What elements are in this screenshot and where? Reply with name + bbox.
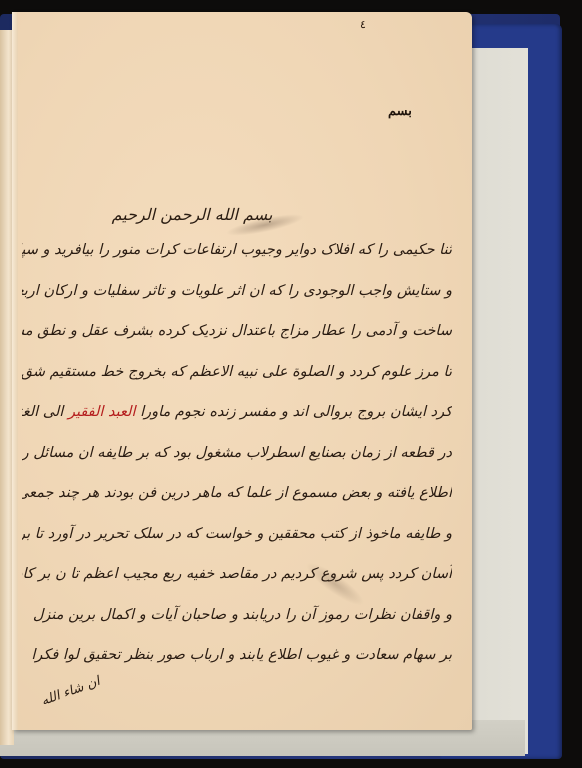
catchword: بسم — [388, 104, 412, 119]
text-line: آسان کردد پس شروع کردیم در مقاصد خفیه رب… — [22, 554, 452, 595]
text-line: بر سهام سعادت و غیوب اطلاع یابند و ارباب… — [22, 635, 452, 676]
manuscript-text-block: بسم الله الرحمن الرحيم ثنا حکیمی را که ا… — [22, 205, 452, 676]
folio-mark: ٤ — [360, 18, 366, 31]
text-line: اطلاع یافته و بعض مسموع از علما که ماهر … — [22, 473, 452, 514]
text-line: ثنا حکیمی را که افلاک دوایر وجیوب ارتفاع… — [22, 230, 452, 271]
page-gutter-fold — [12, 12, 18, 730]
text-line-segment: کرد ایشان بروج بروالی اند و مفسر زنده نج… — [140, 404, 452, 420]
basmala-heading: بسم الله الرحمن الرحيم — [82, 205, 302, 224]
rubricated-name: العبد الفقیر — [68, 404, 136, 420]
text-line: و واقفان نظرات رموز آن را دریابند و صاحب… — [22, 595, 452, 636]
text-line: و طایفه ماخوذ از کتب محققین و خواست که د… — [22, 514, 452, 555]
text-line: تا مرز علوم کردد و الصلوة علی نبیه الاعظ… — [22, 352, 452, 393]
text-line: ساخت و آدمی را عطار مزاج باعتدال نزدیک ک… — [22, 311, 452, 352]
text-line: کرد ایشان بروج بروالی اند و مفسر زنده نج… — [22, 392, 452, 433]
text-line: و ستایش واجب الوجودی را که ان اثر علویات… — [22, 271, 452, 312]
text-line-segment: الی الغنی قاسم علی القاینی — [22, 404, 63, 420]
text-line: در قطعه از زمان بصنایع اسطرلاب مشغول بود… — [22, 433, 452, 474]
